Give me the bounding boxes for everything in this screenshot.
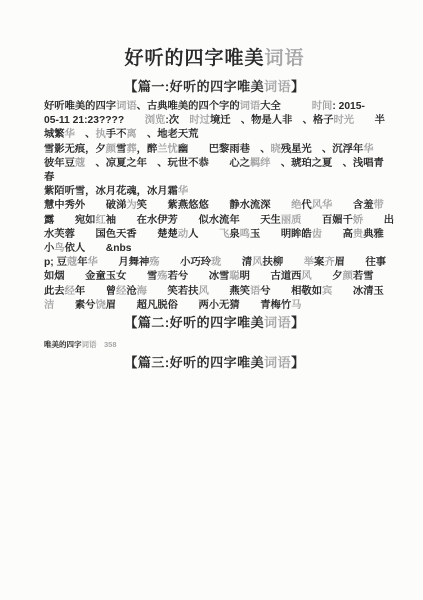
muted-text-segment: 齿	[312, 229, 322, 240]
text-segment: 、地老天荒	[137, 129, 199, 140]
text-line: 紫陌听雪，冰月花魂，冰月霜华	[44, 185, 385, 199]
muted-text-segment: 华	[65, 129, 75, 140]
muted-text-segment: 晓	[271, 144, 281, 155]
text-segment: 雪影无痕，夕	[44, 144, 106, 155]
text-segment: 眉 超凡脱俗 两小无猜 青梅竹	[106, 300, 291, 311]
muted-text-segment: 358	[97, 340, 117, 349]
text-segment: 年 曾	[75, 286, 116, 297]
text-line: 此去经年 曾经沧海 笑若扶风 燕笑语兮 相敬如宾 冰清玉	[44, 285, 385, 299]
text-segment: 出	[363, 215, 394, 226]
muted-text-segment: 词语	[82, 340, 97, 349]
text-segment: 人	[188, 229, 219, 240]
text-segment: 慧中秀外 破涕	[44, 200, 126, 211]
text-line: 春	[44, 171, 385, 185]
text-line: p; 豆蔻年华 月舞神殇 小巧玲珑 清风扶柳 举案齐眉 往事	[44, 256, 385, 270]
text-segment: 若雪	[353, 271, 374, 282]
muted-text-segment: 鸣	[240, 229, 250, 240]
text-segment: 彼年豆	[44, 158, 75, 169]
text-segment: 雪	[116, 144, 126, 155]
text-segment: 05-11 21:23????	[44, 115, 145, 126]
text-segment: 大全	[260, 101, 311, 112]
muted-text-segment: 聪	[229, 271, 239, 282]
text-line: 小鸟依人 &nbs	[44, 242, 385, 256]
text-segment: 若兮 冰雪	[168, 271, 230, 282]
muted-text-segment: 风	[198, 286, 208, 297]
text-segment: 【篇一:好听的四字唯美	[124, 79, 264, 94]
text-line: 慧中秀外 破涕为笑 紫燕悠悠 静水流深 绝代风华 含羞带	[44, 199, 385, 213]
document-page: 好听的四字唯美词语 【篇一:好听的四字唯美词语】 好听唯美的四字词语、古典唯美的…	[0, 0, 423, 600]
muted-text-segment: 华	[178, 186, 188, 197]
page-title: 好听的四字唯美词语	[44, 46, 385, 72]
text-segment: 半	[354, 115, 385, 126]
muted-text-segment: 举	[304, 257, 314, 268]
muted-text-segment: 词语	[240, 101, 261, 112]
muted-text-segment: 颜	[106, 144, 116, 155]
section1-heading: 【篇一:好听的四字唯美词语】	[44, 78, 385, 95]
text-segment: ，醉	[137, 144, 158, 155]
muted-text-segment: 时过	[189, 115, 210, 126]
text-segment: 露 宛如	[44, 215, 95, 226]
text-segment: 水芙蓉 国色天香 楚楚	[44, 229, 178, 240]
text-segment: 高	[322, 229, 353, 240]
text-segment: 扶柳	[263, 257, 304, 268]
muted-text-segment: 时间	[312, 101, 333, 112]
muted-text-segment: 经	[116, 286, 126, 297]
footnote: 唯美的四字词语 358	[44, 340, 385, 349]
text-segment: 笑若扶	[147, 286, 198, 297]
text-segment: : 2015-	[332, 101, 365, 112]
muted-text-segment: 执	[95, 129, 105, 140]
text-segment: 玉 明眸皓	[250, 229, 312, 240]
text-segment: 小巧玲	[160, 257, 211, 268]
muted-text-segment: 浏览	[145, 115, 166, 126]
text-segment: 依人 &nbs	[65, 243, 132, 254]
muted-text-segment: 华	[87, 257, 97, 268]
muted-text-segment: 饶	[95, 300, 105, 311]
muted-text-segment: 兰忧	[157, 144, 178, 155]
muted-text-segment: 丽质	[281, 215, 302, 226]
text-segment: 城繁	[44, 129, 65, 140]
text-segment: 百媚千	[301, 215, 352, 226]
text-segment: 案	[314, 257, 324, 268]
text-segment: p; 豆	[44, 257, 67, 268]
text-segment: :次	[165, 115, 189, 126]
text-line: 城繁华 、执手不离 、地老天荒	[44, 128, 385, 142]
muted-text-segment: 风	[301, 271, 311, 282]
muted-text-segment: 殇	[149, 257, 159, 268]
text-segment: 年	[77, 257, 87, 268]
text-segment: 【篇三:好听的四字唯美	[124, 355, 264, 370]
text-line: 雪影无痕，夕颜雪葬，醉兰忧幽 巴黎雨巷 、晓残星光 、沉浮年华	[44, 143, 385, 157]
text-segment: 燕笑	[209, 286, 250, 297]
muted-text-segment: 词语	[264, 315, 291, 330]
muted-text-segment: 时光	[334, 115, 355, 126]
muted-text-segment: 殇	[157, 271, 167, 282]
text-segment: 幽 巴黎雨巷 、	[178, 144, 271, 155]
text-line: 水芙蓉 国色天香 楚楚动人 飞泉鸣玉 明眸皓齿 高贵典雅	[44, 228, 385, 242]
muted-text-segment: 风华	[312, 200, 333, 211]
text-segment: 泉	[229, 229, 239, 240]
muted-text-segment: 词语	[264, 355, 291, 370]
body-text: 好听唯美的四字词语、古典唯美的四个字的词语大全 时间: 2015-05-11 2…	[44, 100, 385, 313]
text-line: 洁 素兮饶眉 超凡脱俗 两小无猜 青梅竹马	[44, 299, 385, 313]
text-segment: 小	[44, 243, 54, 254]
muted-text-segment: 蔻	[75, 158, 85, 169]
text-segment: 残星光 、沉浮年	[281, 144, 363, 155]
muted-text-segment: 词语	[116, 101, 137, 112]
muted-text-segment: 贵	[353, 229, 363, 240]
muted-text-segment: 华	[363, 144, 373, 155]
text-segment: 好听唯美的四字	[44, 101, 116, 112]
muted-text-segment: 齐	[324, 257, 334, 268]
muted-text-segment: 风	[252, 257, 262, 268]
text-segment: 兮 相敬如	[260, 286, 322, 297]
text-segment: 如烟 金童玉女 雪	[44, 271, 157, 282]
text-segment: 唯美的四字	[44, 340, 82, 349]
text-segment: 紫陌听雪，冰月花魂，冰月霜	[44, 186, 178, 197]
text-line: 露 宛如红袖 在水伊芳 似水流年 天生丽质 百媚千娇 出	[44, 214, 385, 228]
document-content: 好听的四字唯美词语 【篇一:好听的四字唯美词语】 好听唯美的四字词语、古典唯美的…	[44, 46, 385, 371]
text-segment: 、	[75, 129, 96, 140]
muted-text-segment: 带	[374, 200, 384, 211]
text-segment: 】	[291, 79, 305, 94]
muted-text-segment: 洁	[44, 300, 54, 311]
text-line: 好听唯美的四字词语、古典唯美的四个字的词语大全 时间: 2015-	[44, 100, 385, 114]
muted-text-segment: 鸟	[54, 243, 64, 254]
text-segment: 境迁 、物是人非 、格子	[210, 115, 334, 126]
text-segment: 【篇二:好听的四字唯美	[124, 315, 264, 330]
text-segment: 素兮	[54, 300, 95, 311]
text-segment: 眉 往事	[335, 257, 386, 268]
muted-text-segment: 绝	[291, 200, 301, 211]
text-line: 05-11 21:23???? 浏览:次 时过境迁 、物是人非 、格子时光 半	[44, 114, 385, 128]
muted-text-segment: 珑	[211, 257, 221, 268]
muted-text-segment: 红	[95, 215, 105, 226]
muted-text-segment: 颜	[343, 271, 353, 282]
section3-heading: 【篇三:好听的四字唯美词语】	[44, 354, 385, 371]
text-segment: 春	[44, 172, 54, 183]
text-segment: 手不	[106, 129, 127, 140]
text-segment: 、琥珀之夏 、浅唱青	[271, 158, 384, 169]
muted-text-segment: 经	[65, 286, 75, 297]
text-segment: 沧	[126, 286, 136, 297]
text-segment: 好听的四字唯美	[124, 48, 264, 69]
text-segment: 】	[291, 355, 305, 370]
text-segment: 、古典唯美的四个字的	[137, 101, 240, 112]
text-segment: 】	[291, 315, 305, 330]
text-segment: 此去	[44, 286, 65, 297]
muted-text-segment: 动	[178, 229, 188, 240]
text-line: 如烟 金童玉女 雪殇若兮 冰雪聪明 古道西风 夕颜若雪	[44, 270, 385, 284]
text-segment: 代	[301, 200, 311, 211]
muted-text-segment: 宾	[322, 286, 332, 297]
section2-heading: 【篇二:好听的四字唯美词语】	[44, 314, 385, 331]
text-segment: 含羞	[332, 200, 373, 211]
text-segment: 月舞神	[98, 257, 149, 268]
text-segment: 冰清玉	[332, 286, 383, 297]
text-line: 彼年豆蔻 、凉夏之年 、玩世不恭 心之羁绊 、琥珀之夏 、浅唱青	[44, 157, 385, 171]
text-segment: 明 古道西	[240, 271, 302, 282]
muted-text-segment: 词语	[265, 48, 305, 69]
text-segment: 、凉夏之年 、玩世不恭 心之	[85, 158, 250, 169]
text-segment: 典雅	[363, 229, 384, 240]
muted-text-segment: 海	[137, 286, 147, 297]
muted-text-segment: 词语	[264, 79, 291, 94]
muted-text-segment: 语	[250, 286, 260, 297]
text-segment: 笑 紫燕悠悠 静水流深	[137, 200, 291, 211]
muted-text-segment: 羁绊	[250, 158, 271, 169]
text-segment: 夕	[312, 271, 343, 282]
muted-text-segment: 马	[291, 300, 301, 311]
text-segment: 袖 在水伊芳 似水流年 天生	[106, 215, 281, 226]
muted-text-segment: 为	[126, 200, 136, 211]
muted-text-segment: 葬	[126, 144, 136, 155]
muted-text-segment: 飞	[219, 229, 229, 240]
muted-text-segment: 娇	[353, 215, 363, 226]
muted-text-segment: 离	[126, 129, 136, 140]
text-segment: 清	[221, 257, 252, 268]
muted-text-segment: 蔻	[67, 257, 77, 268]
